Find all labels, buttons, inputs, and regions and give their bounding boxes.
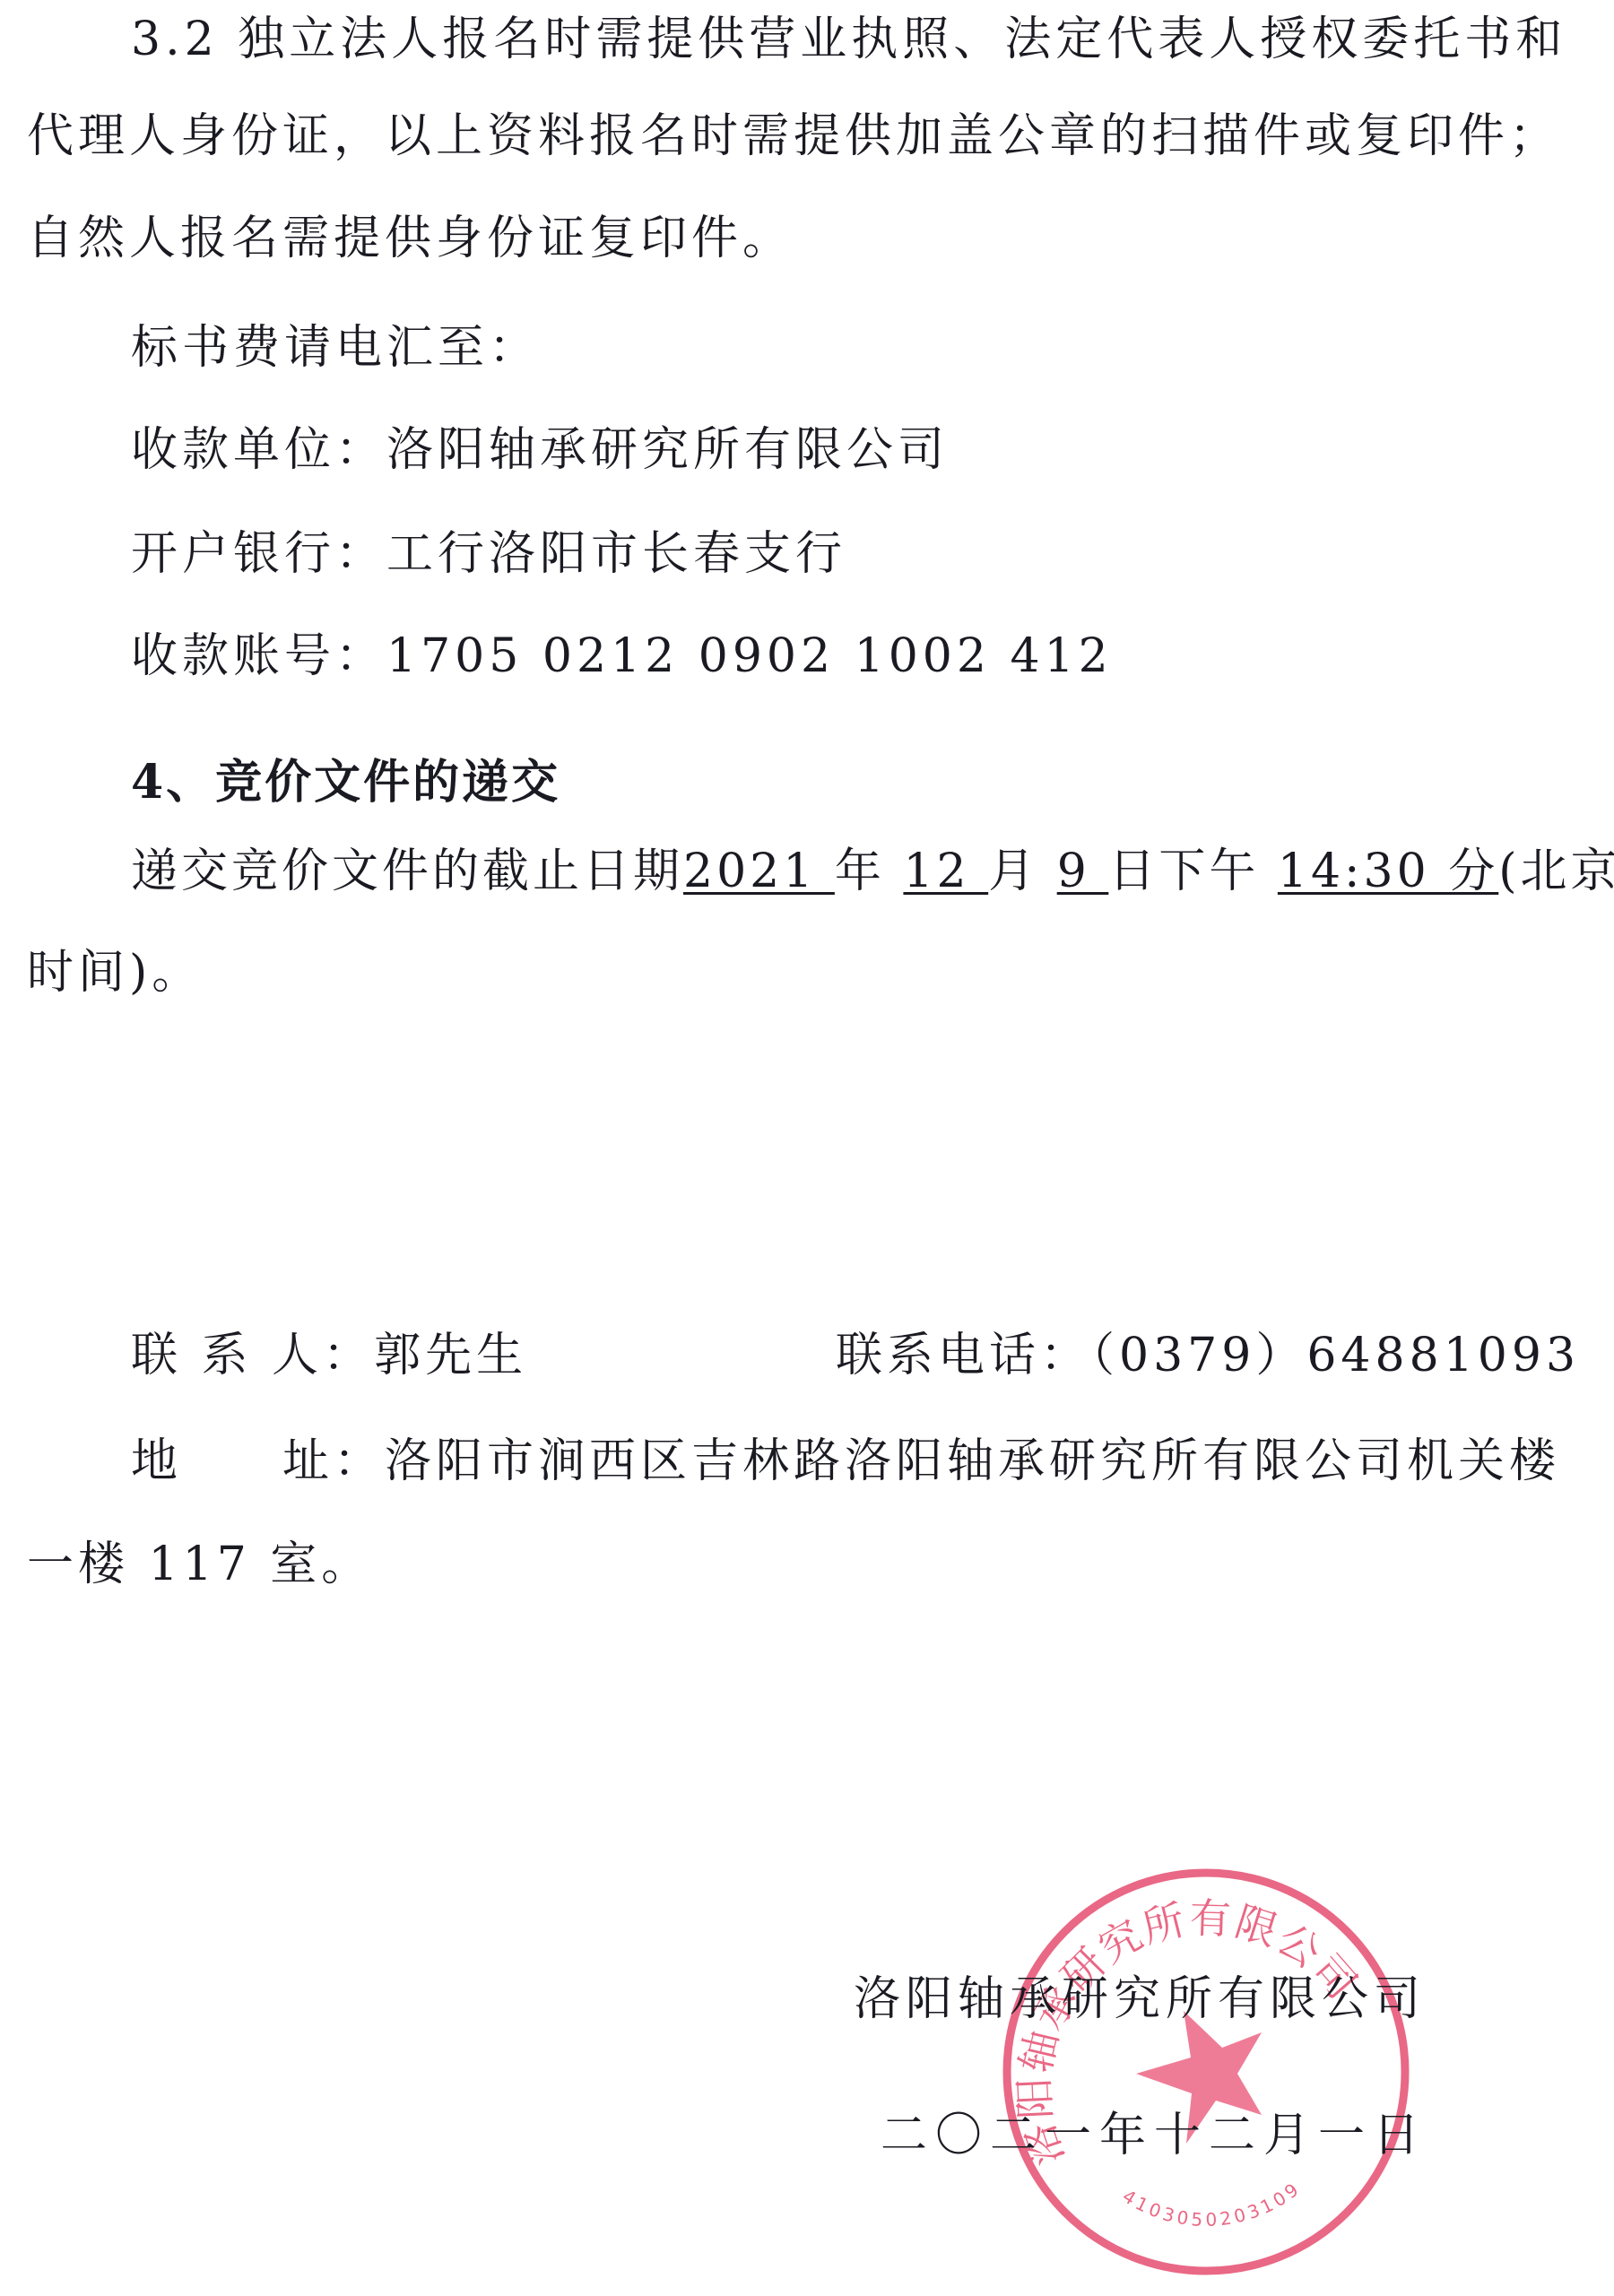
contact-phone-row: 联系电话：（0379）64881093	[836, 1329, 1580, 1382]
deadline-day-suffix: 日下午	[1108, 845, 1259, 898]
address-label-1: 地	[131, 1434, 182, 1488]
deadline-year: 2021	[683, 845, 835, 898]
signature-company: 洛阳轴承研究所有限公司	[854, 1972, 1426, 2026]
deadline-day: 9	[1057, 845, 1109, 898]
address-row: 地址：洛阳市涧西区吉林路洛阳轴承研究所有限公司机关楼	[131, 1434, 1560, 1488]
company-seal-icon: 洛阳轴承研究所有限公司 4103050203109	[1000, 1866, 1412, 2278]
deadline-month: 12	[903, 845, 988, 898]
contact-phone-value: （0379）64881093	[1091, 1329, 1580, 1382]
payee-label: 收款单位：	[131, 423, 386, 477]
bank-value: 工行洛阳市长春支行	[386, 527, 846, 581]
account-row: 收款账号：1705 0212 0902 1002 412	[131, 629, 1113, 683]
address-value: 洛阳市涧西区吉林路洛阳轴承研究所有限公司机关楼	[385, 1434, 1560, 1488]
payee-value: 洛阳轴承研究所有限公司	[386, 423, 949, 477]
payment-intro: 标书费请电汇至：	[131, 321, 540, 375]
account-label: 收款账号：	[131, 629, 386, 683]
section-3-2-line-2: 代理人身份证，以上资料报名时需提供加盖公章的扫描件或复印件；	[27, 109, 1560, 163]
deadline-line-1: 递交竞价文件的截止日期2021 年 12 月 9 日下午 14:30 分(北京	[131, 845, 1614, 898]
contact-phone-label: 联系电话：	[836, 1329, 1091, 1382]
address-label-2: 址：	[282, 1434, 385, 1488]
section-4-heading: 4、竞价文件的递交	[131, 756, 560, 810]
section-3-2-line-1: 3.2 独立法人报名时需提供营业执照、法定代表人授权委托书和	[131, 13, 1566, 66]
deadline-month-suffix: 月	[988, 845, 1038, 898]
account-value: 1705 0212 0902 1002 412	[386, 629, 1113, 683]
svg-text:4103050203109: 4103050203109	[1119, 2177, 1306, 2231]
payee-row: 收款单位：洛阳轴承研究所有限公司	[131, 423, 949, 477]
contact-person-value: 郭先生	[374, 1329, 527, 1382]
bank-row: 开户银行：工行洛阳市长春支行	[131, 527, 846, 581]
deadline-time: 14:30 分	[1278, 845, 1498, 898]
signature-date: 二〇二一年十二月一日	[881, 2109, 1427, 2162]
deadline-suffix: (北京	[1498, 845, 1614, 898]
section-3-2-line-3: 自然人报名需提供身份证复印件。	[27, 212, 794, 265]
bank-label: 开户银行：	[131, 527, 386, 581]
deadline-prefix: 递交竞价文件的截止日期	[131, 845, 683, 898]
address-line-2: 一楼 117 室。	[27, 1538, 372, 1591]
deadline-year-suffix: 年	[835, 845, 885, 898]
deadline-line-2: 时间)。	[27, 946, 203, 1000]
contact-person-row: 联 系 人：郭先生	[131, 1329, 527, 1382]
contact-person-label: 联 系 人：	[131, 1329, 374, 1382]
seal-code: 4103050203109	[1119, 2177, 1306, 2231]
